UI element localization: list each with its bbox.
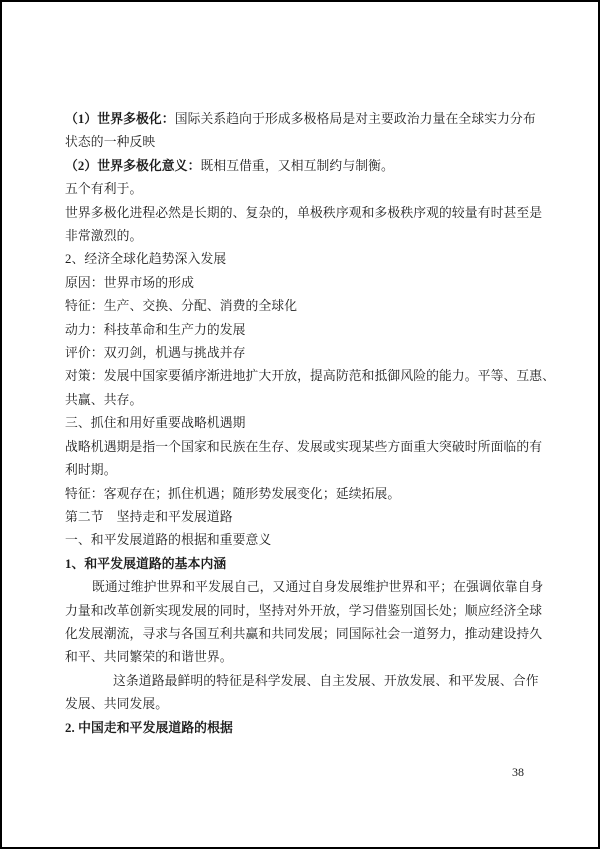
line-text: 三、抓住和用好重要战略机遇期 [65, 416, 246, 430]
line-text: 既通过维护世界和平发展自己，又通过自身发展维护世界和平；在强调依靠自身 [92, 580, 543, 594]
text-line: 力量和改革创新实现发展的同时，坚持对外开放，学习借鉴别国长处；顺应经济全球 [65, 600, 543, 623]
line-bold-text: 2. 中国走和平发展道路的根据 [65, 721, 233, 735]
text-line: 发展、共同发展。 [65, 693, 543, 716]
line-text: 特征：生产、交换、分配、消费的全球化 [65, 299, 297, 313]
bold-heading: 1、和平发展道路的基本内涵 [65, 553, 543, 576]
line-text: 状态的一种反映 [65, 135, 155, 149]
line-text: 发展、共同发展。 [65, 697, 168, 711]
line-text: 一、和平发展道路的根据和重要意义 [65, 533, 271, 547]
line-text: 这条道路最鲜明的特征是科学发展、自主发展、开放发展、和平发展、合作 [113, 674, 539, 688]
text-line: 2、经济全球化趋势深入发展 [65, 248, 543, 271]
text-line: 既通过维护世界和平发展自己，又通过自身发展维护世界和平；在强调依靠自身 [65, 576, 543, 599]
text-line: 特征：生产、交换、分配、消费的全球化 [65, 295, 543, 318]
line-text: 既相互借重，又相互制约与制衡。 [200, 159, 393, 173]
text-line: 这条道路最鲜明的特征是科学发展、自主发展、开放发展、和平发展、合作 [65, 670, 543, 693]
text-line: 和平、共同繁荣的和谐世界。 [65, 646, 543, 669]
line-text: 战略机遇期是指一个国家和民族在生存、发展或实现某些方面重大突破时所面临的有 [65, 440, 542, 454]
line-text: 化发展潮流，寻求与各国互利共赢和共同发展；同国际社会一道努力，推动建设持久 [65, 627, 542, 641]
line-text: 利时期。 [65, 463, 117, 477]
line-text: 五个有利于。 [65, 182, 142, 196]
text-line: 评价：双刃剑，机遇与挑战并存 [65, 342, 543, 365]
line-text: 世界多极化进程必然是长期的、复杂的，单极秩序观和多极秩序观的较量有时甚至是 [65, 206, 542, 220]
sub-heading: 一、和平发展道路的根据和重要意义 [65, 529, 543, 552]
line-text: 非常激烈的。 [65, 229, 142, 243]
text-line: （1）世界多极化：国际关系趋向于形成多极格局是对主要政治力量在全球实力分布 [65, 108, 543, 131]
line-bold-text: 1、和平发展道路的基本内涵 [65, 557, 226, 571]
line-text: 2、经济全球化趋势深入发展 [65, 252, 226, 266]
line-text: 原因：世界市场的形成 [65, 276, 194, 290]
text-line: 特征：客观存在；抓住机遇；随形势发展变化；延续拓展。 [65, 483, 543, 506]
section-heading: 第二节 坚持走和平发展道路 [65, 506, 543, 529]
line-text: 力量和改革创新实现发展的同时，坚持对外开放，学习借鉴别国长处；顺应经济全球 [65, 604, 542, 618]
document-page: （1）世界多极化：国际关系趋向于形成多极格局是对主要政治力量在全球实力分布 状态… [0, 0, 600, 849]
text-line: 共赢、共存。 [65, 389, 543, 412]
text-line: 原因：世界市场的形成 [65, 272, 543, 295]
line-bold-text: （2）世界多极化意义： [65, 159, 200, 173]
line-text: 国际关系趋向于形成多极格局是对主要政治力量在全球实力分布 [175, 112, 536, 126]
line-text: 评价：双刃剑，机遇与挑战并存 [65, 346, 246, 360]
text-line: 状态的一种反映 [65, 131, 543, 154]
text-line: 动力：科技革命和生产力的发展 [65, 319, 543, 342]
line-text: 动力：科技革命和生产力的发展 [65, 323, 246, 337]
text-line: （2）世界多极化意义：既相互借重，又相互制约与制衡。 [65, 155, 543, 178]
text-line: 非常激烈的。 [65, 225, 543, 248]
text-line: 三、抓住和用好重要战略机遇期 [65, 412, 543, 435]
document-body: （1）世界多极化：国际关系趋向于形成多极格局是对主要政治力量在全球实力分布 状态… [65, 108, 543, 740]
text-line: 化发展潮流，寻求与各国互利共赢和共同发展；同国际社会一道努力，推动建设持久 [65, 623, 543, 646]
line-text: 第二节 坚持走和平发展道路 [65, 510, 233, 524]
bold-heading: 2. 中国走和平发展道路的根据 [65, 717, 543, 740]
text-line: 利时期。 [65, 459, 543, 482]
text-line: 对策：发展中国家要循序渐进地扩大开放，提高防范和抵御风险的能力。平等、互惠、 [65, 365, 543, 388]
line-text: 和平、共同繁荣的和谐世界。 [65, 650, 233, 664]
text-line: 世界多极化进程必然是长期的、复杂的，单极秩序观和多极秩序观的较量有时甚至是 [65, 202, 543, 225]
line-text: 特征：客观存在；抓住机遇；随形势发展变化；延续拓展。 [65, 487, 400, 501]
text-line: 五个有利于。 [65, 178, 543, 201]
line-bold-text: （1）世界多极化： [65, 112, 175, 126]
page-number: 38 [512, 765, 524, 780]
line-text: 共赢、共存。 [65, 393, 142, 407]
text-line: 战略机遇期是指一个国家和民族在生存、发展或实现某些方面重大突破时所面临的有 [65, 436, 543, 459]
line-text: 对策：发展中国家要循序渐进地扩大开放，提高防范和抵御风险的能力。平等、互惠、 [65, 369, 555, 383]
